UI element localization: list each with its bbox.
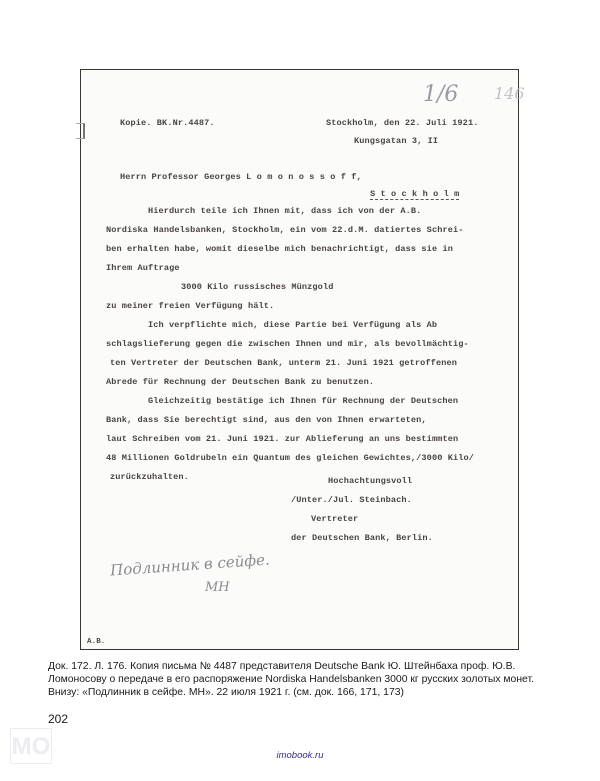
margin-bracket-mark	[76, 123, 85, 139]
handwritten-initials: МН	[205, 580, 230, 595]
header-reference: Kopie. BK.Nr.4487.	[120, 118, 215, 128]
figure-caption: Док. 172. Л. 176. Копия письма № 4487 пр…	[48, 660, 558, 699]
addressee-city: S t o c k h o l m	[370, 189, 459, 200]
letter-line: Hierdurch teile ich Ihnen mit, dass ich …	[148, 206, 421, 216]
letter-line: ben erhalten habe, womit dieselbe mich b…	[106, 244, 453, 254]
signatory-title: Vertreter	[311, 514, 358, 524]
letter-line: 3000 Kilo russisches Münzgold	[181, 282, 333, 292]
folio-number-secondary: 146	[494, 84, 525, 103]
typist-initials: A.B.	[87, 638, 105, 646]
letter-line: Nordiska Handelsbanken, Stockholm, ein v…	[106, 225, 463, 235]
letter-line: laut Schreiben vom 21. Juni 1921. zur Ab…	[106, 434, 458, 444]
addressee: Herrn Professor Georges L o m o n o s s …	[120, 172, 362, 182]
letter-line: zurückzuhalten.	[110, 472, 189, 482]
letter-line: Ihrem Auftrage	[106, 263, 180, 273]
letter-line: Bank, dass Sie berechtigt sind, aus den …	[106, 415, 427, 425]
letter-line: Abrede für Rechnung der Deutschen Bank z…	[106, 377, 374, 387]
letter-line: ten Vertreter der Deutschen Bank, unterm…	[110, 358, 457, 368]
letter-line: 48 Millionen Goldrubeln ein Quantum des …	[106, 453, 474, 463]
header-address: Kungsgatan 3, II	[354, 136, 438, 146]
page-number: 202	[48, 712, 68, 726]
letter-line: Gleichzeitig bestätige ich Ihnen für Rec…	[148, 396, 458, 406]
signatory-organization: der Deutschen Bank, Berlin.	[291, 533, 433, 543]
signature: /Unter./Jul. Steinbach.	[291, 495, 412, 505]
header-place-date: Stockholm, den 22. Juli 1921.	[326, 118, 478, 128]
letter-line: zu meiner freien Verfügung hält.	[106, 301, 274, 311]
footer-link[interactable]: imobook.ru	[0, 750, 600, 761]
letter-line: schlagslieferung gegen die zwischen Ihne…	[106, 339, 469, 349]
folio-number: 1/6	[423, 82, 458, 107]
letter-line: Ich verpflichte mich, diese Partie bei V…	[148, 320, 437, 330]
closing: Hochachtungsvoll	[328, 476, 412, 486]
